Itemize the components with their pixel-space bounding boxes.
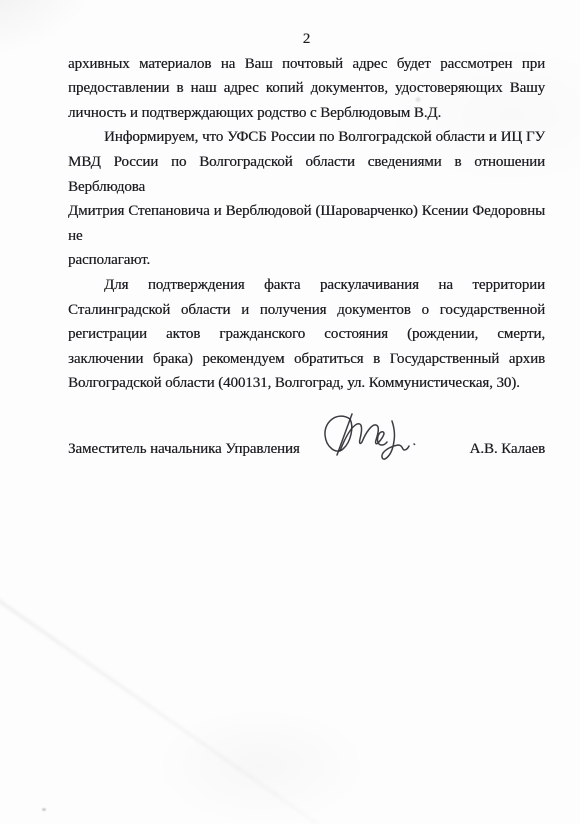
scan-crease — [0, 598, 325, 824]
signer-title: Заместитель начальника Управления — [68, 437, 300, 462]
signature-row: Заместитель начальника Управления А.В. К… — [68, 437, 545, 462]
signature-mark — [314, 411, 420, 463]
text-line: заключении брака) рекомендуем обратиться… — [68, 347, 545, 372]
letter-body: 2 архивных материалов на Ваш почтовый ад… — [68, 27, 545, 462]
scanned-letter-page: 2 архивных материалов на Ваш почтовый ад… — [0, 0, 580, 824]
paragraph-recommendation: Для подтверждения факта раскулачивания н… — [68, 273, 545, 396]
signer-name: А.В. Калаев — [470, 437, 545, 462]
text-line: архивных материалов на Ваш почтовый адре… — [68, 52, 545, 77]
text-line: располагают. — [68, 248, 545, 273]
text-line: личность и подтверждающих родство с Верб… — [68, 101, 545, 126]
text-line: Сталинградской области и получения докум… — [68, 298, 545, 323]
text-line: регистрации актов гражданского состояния… — [68, 322, 545, 347]
paragraph-continuation: архивных материалов на Ваш почтовый адре… — [68, 52, 545, 126]
paragraph-inform: Информируем, что УФСБ России по Волгогра… — [68, 125, 545, 273]
text-line: Волгоградской области (400131, Волгоград… — [68, 371, 545, 396]
text-line: Информируем, что УФСБ России по Волгогра… — [68, 125, 545, 150]
text-line: Дмитрия Степановича и Верблюдовой (Шаров… — [68, 199, 545, 248]
text-line: МВД России по Волгоградской области свед… — [68, 150, 545, 199]
text-line: предоставлении в наш адрес копий докумен… — [68, 76, 545, 101]
page-number: 2 — [68, 27, 545, 52]
text-line: Для подтверждения факта раскулачивания н… — [68, 273, 545, 298]
scan-speck — [42, 808, 46, 811]
